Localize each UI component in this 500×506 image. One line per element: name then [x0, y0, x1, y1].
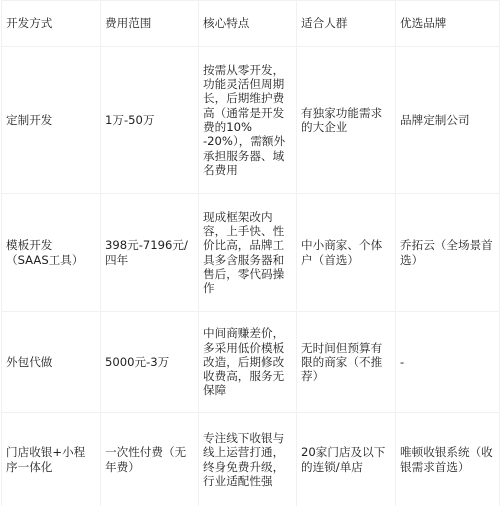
table-header-row: 开发方式 费用范围 核心特点 适合人群 优选品牌	[2, 1, 500, 47]
cell-method: 模板开发 （SAAS工具）	[2, 194, 101, 312]
table-row: 外包代做 5000元-3万 中间商赚差价，多采用低价模板改造，后期修改收费高，服…	[2, 312, 500, 413]
cell-audience: 无时间但预算有限的商家（不推荐）	[297, 312, 396, 413]
cell-audience: 20家门店及以下的连锁/单店	[297, 413, 396, 506]
header-brand: 优选品牌	[396, 1, 500, 47]
header-audience: 适合人群	[297, 1, 396, 47]
cell-brand: 唯顿收银系统（收银需求首选）	[396, 413, 500, 506]
cell-method: 定制开发	[2, 47, 101, 194]
cell-features: 按需从零开发，功能灵活但周期长，后期维护费高（通常是开发费的10% -20%），…	[199, 47, 297, 194]
cell-brand: 乔拓云（全场景首选）	[396, 194, 500, 312]
cell-audience: 中小商家、个体户（首选）	[297, 194, 396, 312]
cell-method: 外包代做	[2, 312, 101, 413]
header-method: 开发方式	[2, 1, 101, 47]
cell-brand: 品牌定制公司	[396, 47, 500, 194]
comparison-table: 开发方式 费用范围 核心特点 适合人群 优选品牌 定制开发 1万-50万 按需从…	[1, 0, 500, 506]
table-row: 模板开发 （SAAS工具） 398元-7196元/四年 现成框架改内容，上手快、…	[2, 194, 500, 312]
cell-method: 门店收银+小程序一体化	[2, 413, 101, 506]
cell-brand: -	[396, 312, 500, 413]
cell-features: 现成框架改内容，上手快、性价比高，品牌工具多含服务器和售后，零代码操作	[199, 194, 297, 312]
cell-features: 专注线下收银与线上运营打通，终身免费升级，行业适配性强	[199, 413, 297, 506]
table-row: 门店收银+小程序一体化 一次性付费（无年费） 专注线下收银与线上运营打通，终身免…	[2, 413, 500, 506]
cell-cost: 398元-7196元/四年	[101, 194, 199, 312]
cell-audience: 有独家功能需求的大企业	[297, 47, 396, 194]
cell-features: 中间商赚差价，多采用低价模板改造，后期修改收费高，服务无保障	[199, 312, 297, 413]
cell-cost: 1万-50万	[101, 47, 199, 194]
cell-cost: 一次性付费（无年费）	[101, 413, 199, 506]
table-row: 定制开发 1万-50万 按需从零开发，功能灵活但周期长，后期维护费高（通常是开发…	[2, 47, 500, 194]
cell-cost: 5000元-3万	[101, 312, 199, 413]
header-cost: 费用范围	[101, 1, 199, 47]
header-features: 核心特点	[199, 1, 297, 47]
